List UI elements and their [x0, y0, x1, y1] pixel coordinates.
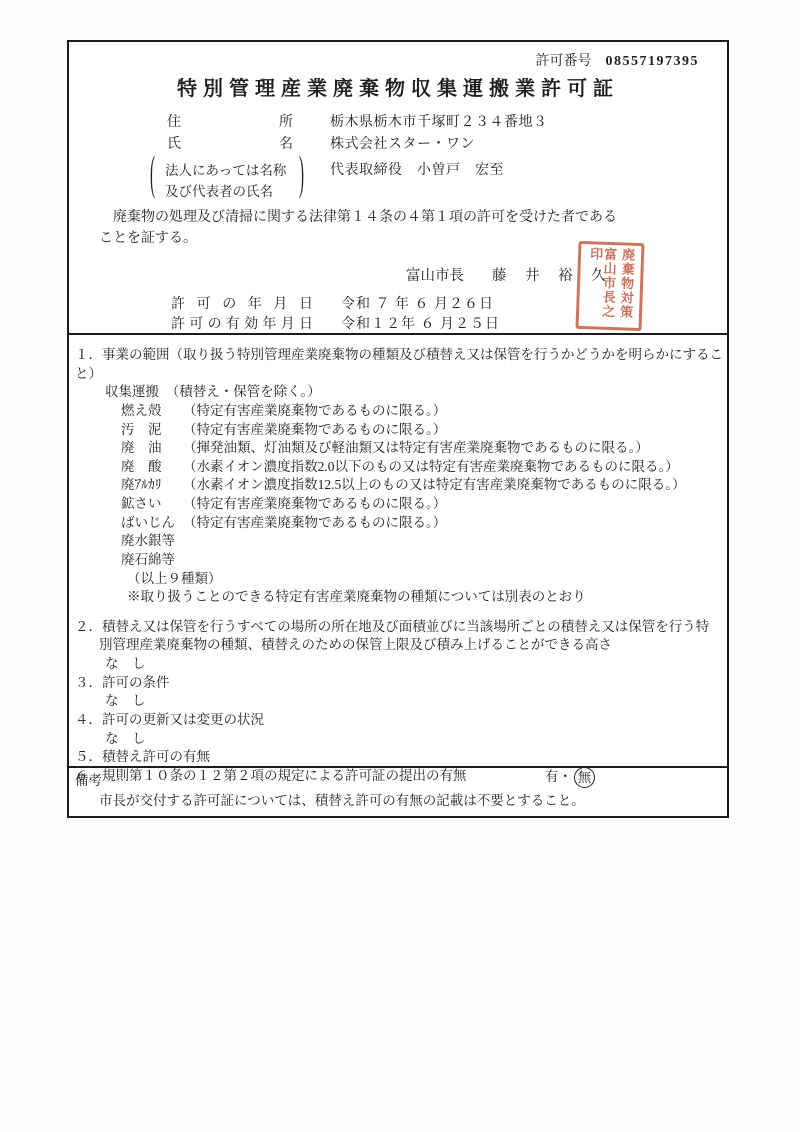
- remarks-text: 市長が交付する許可証については、積替え許可の有無の記載は不要とすること。: [69, 791, 727, 811]
- item1-business-scope: １．事業の範囲（取り扱う特別管理産業廃棄物の種類及び積替え又は保管を行うかどうか…: [69, 346, 727, 383]
- waste-type-note: （特定有害産業廃棄物であるものに限る。）: [183, 422, 446, 437]
- waste-type-note: （特定有害産業廃棄物であるものに限る。）: [183, 403, 446, 418]
- permit-certificate-frame: 許可番号08557197395 特別管理産業廃棄物収集運搬業許可証 住所栃木県栃…: [67, 40, 729, 818]
- issuer-title: 富山市長: [406, 268, 464, 284]
- grant-date-value: 令和 ７ 年 ６ 月２６日: [341, 297, 494, 312]
- waste-type-name: 廃ｱﾙｶﾘ: [121, 476, 183, 495]
- waste-type-note: （特定有害産業廃棄物であるものに限る。）: [183, 515, 446, 530]
- address-row: 住所栃木県栃木市千塚町２３４番地３: [167, 112, 548, 134]
- waste-type-name: 廃 酸: [121, 458, 183, 477]
- waste-type-name: ばいじん: [121, 514, 183, 533]
- name-value: 株式会社スター・ワン: [330, 137, 475, 152]
- waste-type-row: 廃 油（揮発油類、灯油類及び軽油類又は特定有害産業廃棄物であるものに限る。）: [69, 439, 727, 458]
- permit-number-value: 08557197395: [606, 54, 700, 69]
- permit-header-section: 許可番号08557197395 特別管理産業廃棄物収集運搬業許可証 住所栃木県栃…: [69, 42, 727, 333]
- waste-type-name: 廃 油: [121, 439, 183, 458]
- bracket-close-glyph: ): [299, 154, 304, 202]
- corporate-note: 法人にあっては名称 及び代表者の氏名: [165, 160, 305, 202]
- item2-transfer-storage-line2: 別管理産業廃棄物の種類、積替えのための保管上限及び積み上げることができる高さ: [69, 636, 727, 655]
- valid-date-value: 令和１２年 ６ 月２５日: [341, 317, 500, 332]
- permit-number-label: 許可番号: [536, 54, 592, 69]
- waste-reference-note: ※取り扱うことのできる特定有害産業廃棄物の種類については別表のとおり: [69, 588, 727, 607]
- waste-type-note: （揮発油類、灯油類及び軽油類又は特定有害産業廃棄物であるものに限る。）: [183, 440, 649, 455]
- waste-type-row: ばいじん（特定有害産業廃棄物であるものに限る。）: [69, 514, 727, 533]
- valid-date-row: 許可の有効年月日令和１２年 ６ 月２５日: [171, 315, 500, 335]
- waste-type-row: 燃え殻（特定有害産業廃棄物であるものに限る。）: [69, 402, 727, 421]
- corporate-note-row: ( 法人にあっては名称 及び代表者の氏名 ) 代表取締役 小曽戸 宏至: [167, 158, 548, 208]
- item2-none: な し: [69, 655, 727, 674]
- corporate-note-line1: 法人にあっては名称: [165, 163, 286, 178]
- item6-text: ６．規則第１０条の１２第２項の規定による許可証の提出の有無: [75, 768, 467, 783]
- seal-column-1: 廃棄物対策: [618, 248, 635, 326]
- scanned-permit-page: { "doc": { "permit_no_label": "許可番号", "p…: [0, 0, 800, 1132]
- waste-type-list: 燃え殻（特定有害産業廃棄物であるものに限る。） 汚 泥（特定有害産業廃棄物である…: [69, 402, 727, 570]
- item1-collection-transport: 収集運搬 （積替え・保管を除く。）: [69, 383, 727, 402]
- grant-date-label: 許可の年月日: [171, 295, 313, 315]
- item6-certificate-submission: ６．規則第１０条の１２第２項の規定による許可証の提出の有無 有・無: [69, 767, 727, 786]
- waste-type-note: （水素イオン濃度指数2.0以下のもの又は特定有害産業廃棄物であるものに限る。）: [183, 459, 679, 474]
- bracket-open-glyph: (: [150, 154, 155, 202]
- waste-type-row: 鉱さい（特定有害産業廃棄物であるものに限る。）: [69, 495, 727, 514]
- item5-transfer-permit: ５．積替え許可の有無: [69, 748, 727, 767]
- official-seal-stamp-icon: 廃棄物対策 富山市長之印: [575, 241, 644, 331]
- waste-type-note: （特定有害産業廃棄物であるものに限る。）: [183, 496, 446, 511]
- representative-value: 代表取締役 小曽戸 宏至: [330, 160, 504, 181]
- yes-option: 有: [545, 768, 559, 787]
- waste-type-name: 汚 泥: [121, 421, 183, 440]
- waste-type-name: 鉱さい: [121, 495, 183, 514]
- valid-date-label: 許可の有効年月日: [171, 315, 313, 335]
- waste-type-row: 廃水銀等: [69, 532, 727, 551]
- yes-no-selector: 有・無: [545, 767, 595, 788]
- dot-separator: ・: [559, 768, 573, 787]
- item2-transfer-storage-line1: ２．積替え又は保管を行うすべての場所の所在地及び面積並びに当該場所ごとの積替え又…: [69, 618, 727, 637]
- no-option-circled: 無: [574, 767, 595, 788]
- waste-type-row: 廃ｱﾙｶﾘ（水素イオン濃度指数12.5以上のもの又は特定有害産業廃棄物であるもの…: [69, 476, 727, 495]
- item4-none: な し: [69, 730, 727, 749]
- waste-type-row: 廃 酸（水素イオン濃度指数2.0以下のもの又は特定有害産業廃棄物であるものに限る…: [69, 458, 727, 477]
- permit-number-line: 許可番号08557197395: [536, 50, 700, 70]
- waste-type-note: （水素イオン濃度指数12.5以上のもの又は特定有害産業廃棄物であるものに限る。）: [183, 477, 685, 492]
- certification-line1: 廃棄物の処理及び清掃に関する法律第１４条の４第１項の許可を受けた者である: [99, 207, 701, 228]
- document-title: 特別管理産業廃棄物収集運搬業許可証: [69, 72, 727, 101]
- name-label: 氏名: [167, 134, 293, 156]
- item3-none: な し: [69, 692, 727, 711]
- permit-conditions-section: １．事業の範囲（取り扱う特別管理産業廃棄物の種類及び積替え又は保管を行うかどうか…: [69, 333, 727, 766]
- permit-dates: 許可の年月日令和 ７ 年 ６ 月２６日 許可の有効年月日令和１２年 ６ 月２５日: [171, 295, 500, 335]
- address-label: 住所: [167, 112, 293, 134]
- corporate-note-line2: 及び代表者の氏名: [165, 184, 273, 199]
- waste-type-name: 燃え殻: [121, 402, 183, 421]
- address-value: 栃木県栃木市千塚町２３４番地３: [330, 115, 548, 130]
- waste-type-row: 汚 泥（特定有害産業廃棄物であるものに限る。）: [69, 421, 727, 440]
- item4-renewal-status: ４．許可の更新又は変更の状況: [69, 711, 727, 730]
- seal-column-2: 富山市長之印: [586, 246, 617, 324]
- grant-date-row: 許可の年月日令和 ７ 年 ６ 月２６日: [171, 295, 500, 315]
- waste-type-row: 廃石綿等: [69, 551, 727, 570]
- licensee-fields: 住所栃木県栃木市千塚町２３４番地３ 氏名株式会社スター・ワン ( 法人にあっては…: [167, 112, 548, 208]
- name-row: 氏名株式会社スター・ワン: [167, 134, 548, 156]
- waste-total-line: （以上９種類）: [69, 570, 727, 589]
- item3-permit-conditions: ３．許可の条件: [69, 674, 727, 693]
- waste-type-name: 廃石綿等: [121, 551, 183, 570]
- waste-type-name: 廃水銀等: [121, 532, 183, 551]
